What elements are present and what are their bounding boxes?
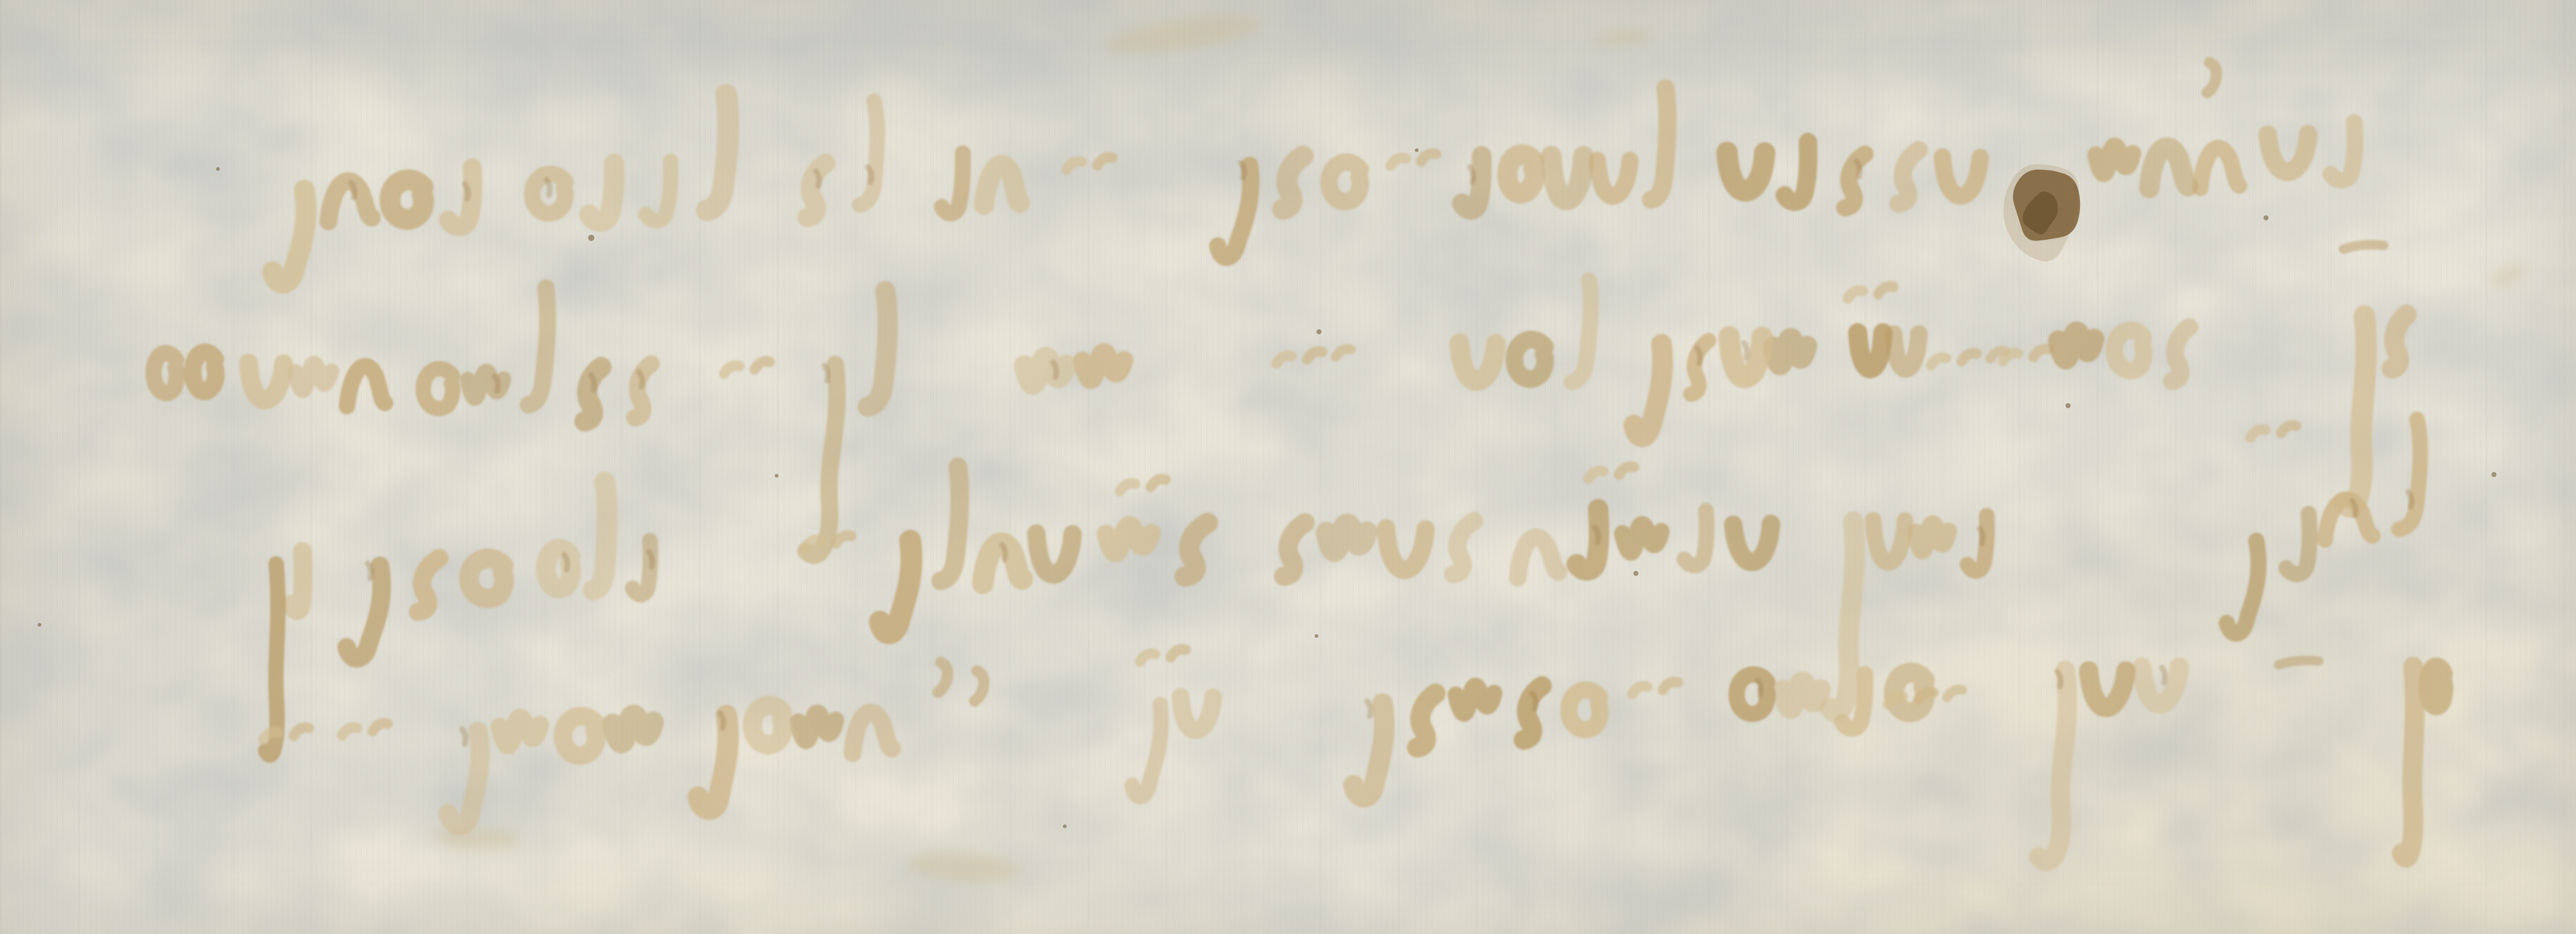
ink-speck: [2066, 403, 2071, 408]
ink-pool-accent: [351, 183, 354, 198]
ink-speck: [1316, 329, 1322, 334]
ink-pool-accent: [2057, 672, 2061, 687]
ink-stroke: [2058, 332, 2094, 360]
ink-stroke: [1916, 523, 1949, 551]
ink-speck: [1633, 571, 1638, 576]
ink-stroke: [2279, 660, 2319, 665]
manuscript-page: [0, 0, 2576, 934]
ink-speck: [1415, 148, 1419, 152]
ink-stroke: [2096, 146, 2133, 173]
ink-pool-accent: [2352, 501, 2356, 516]
ink-stroke: [1106, 525, 1151, 553]
ink-stroke: [295, 363, 331, 391]
ink-pool-accent: [591, 375, 594, 390]
ink-stroke: [798, 713, 835, 741]
ink-pool-accent: [1744, 343, 1747, 358]
ink-pool-accent: [639, 371, 643, 386]
ink-pool-accent: [2162, 667, 2165, 682]
ink-pool-accent: [1595, 528, 1598, 543]
paper-texture-grain: [0, 0, 2576, 934]
ink-speck: [775, 474, 778, 478]
ink-pool-accent: [465, 184, 468, 199]
ink-pool-accent: [1979, 528, 1982, 543]
ink-speck: [38, 623, 41, 627]
ink-pool-accent: [495, 376, 499, 391]
ink-pool-accent: [546, 180, 550, 195]
ink-dash: [2344, 245, 2384, 249]
ink-pool-accent: [462, 729, 466, 744]
ink-pool-accent: [368, 563, 371, 578]
ink-stroke: [1773, 338, 1808, 366]
ink-speck: [2263, 215, 2268, 220]
ink-stroke: [1622, 524, 1662, 552]
ink-stroke: [499, 717, 541, 746]
ink-speck: [1315, 634, 1318, 638]
ink-pool-accent: [720, 713, 723, 728]
ink-stroke: [613, 715, 654, 743]
ink-speck: [1063, 824, 1067, 828]
ink-pool-accent: [1533, 694, 1536, 709]
ink-stroke: [1082, 352, 1124, 381]
ink-stroke: [1782, 681, 1821, 709]
ink-speck: [2491, 472, 2496, 477]
ink-pool-accent: [1367, 701, 1371, 716]
ink-pool-accent: [649, 552, 653, 567]
ink-pool-accent: [564, 555, 568, 570]
ink-speck: [216, 167, 220, 171]
ink-stroke: [1024, 357, 1066, 385]
handwriting-layer: [0, 0, 2576, 934]
ink-pool-accent: [1053, 362, 1057, 377]
ink-dash: [2279, 660, 2319, 665]
ink-pool-accent: [1757, 680, 1761, 695]
ink-pool-accent: [2408, 492, 2411, 507]
ink-pool-accent: [816, 171, 820, 186]
ink-stroke: [2428, 667, 2444, 707]
ink-pool-accent: [1697, 348, 1700, 363]
ink-stroke: [2344, 245, 2384, 249]
ink-stroke: [1326, 524, 1367, 552]
ink-pool-accent: [824, 366, 828, 381]
ink-speck: [588, 235, 594, 241]
ink-pool-accent: [1856, 162, 1860, 177]
ink-pool-accent: [868, 167, 872, 182]
ink-stroke: [1456, 685, 1494, 713]
ink-pool-accent: [1470, 167, 1473, 182]
ink-pool-accent: [1002, 545, 1006, 560]
